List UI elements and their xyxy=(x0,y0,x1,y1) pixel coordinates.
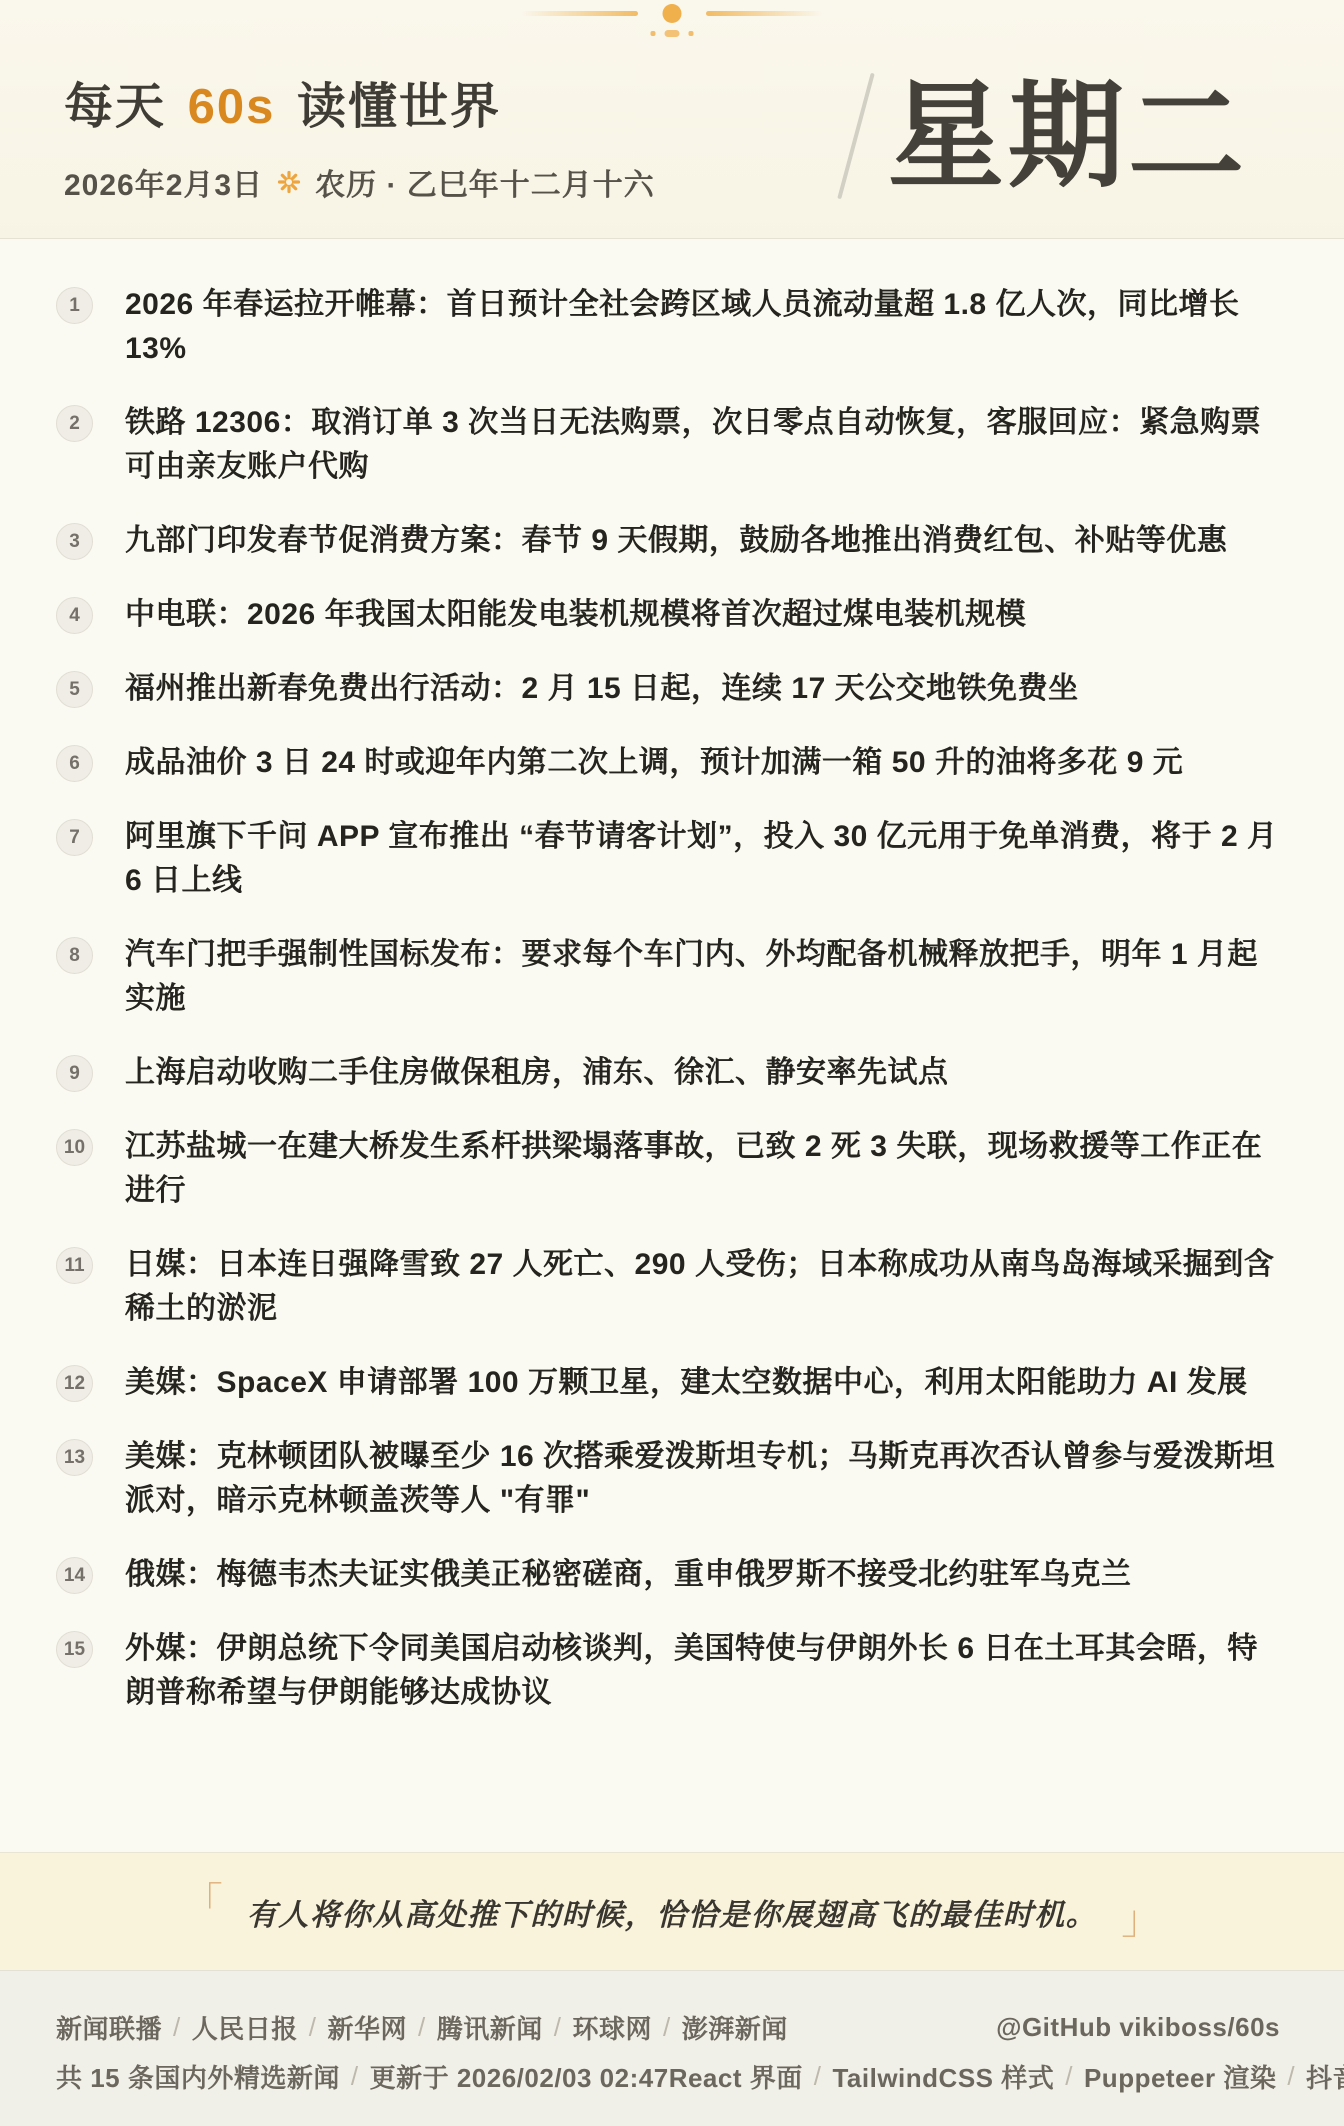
news-item-text: 日媒：日本连日强降雪致 27 人死亡、290 人受伤；日本称成功从南鸟岛海域采掘… xyxy=(125,1243,1288,1331)
gregorian-date: 2026年2月3日 xyxy=(64,160,263,204)
quote-close-bracket-icon: 」 xyxy=(1121,1900,1161,1940)
slash-separator: / xyxy=(803,2061,833,2092)
list-item: 人民日报 xyxy=(192,2009,298,2046)
header-right: 星期二 xyxy=(854,51,1248,221)
slash-separator: / xyxy=(407,2012,437,2043)
slash-separator: / xyxy=(298,2012,328,2043)
news-item-text: 铁路 12306：取消订单 3 次当日无法购票，次日零点自动恢复，客服回应：紧急… xyxy=(125,401,1288,489)
news-item: 11日媒：日本连日强降雪致 27 人死亡、290 人受伤；日本称成功从南鸟岛海域… xyxy=(56,1243,1288,1331)
title-suffix: 读懂世界 xyxy=(297,80,501,134)
news-item: 10江苏盐城一在建大桥发生系杆拱梁塌落事故，已致 2 死 3 失联，现场救援等工… xyxy=(56,1125,1288,1213)
list-item: 新华网 xyxy=(328,2009,408,2046)
news-item: 2铁路 12306：取消订单 3 次当日无法购票，次日零点自动恢复，客服回应：紧… xyxy=(56,401,1288,489)
list-item: 澎湃新闻 xyxy=(682,2009,788,2046)
footer-row-1: 新闻联播/人民日报/新华网/腾讯新闻/环球网/澎湃新闻 @GitHub viki… xyxy=(56,2009,1280,2046)
news-item: 13美媒：克林顿团队被曝至少 16 次搭乘爱泼斯坦专机；马斯克再次否认曾参与爱泼… xyxy=(56,1435,1288,1523)
slash-separator: / xyxy=(162,2012,192,2043)
item-number-badge: 8 xyxy=(56,937,93,974)
news-item-text: 中电联：2026 年我国太阳能发电装机规模将首次超过煤电装机规模 xyxy=(125,593,1026,637)
list-item: 腾讯新闻 xyxy=(437,2009,543,2046)
news-item-text: 外媒：伊朗总统下令同美国启动核谈判，美国特使与伊朗外长 6 日在土耳其会晤，特朗… xyxy=(125,1627,1288,1715)
slash-separator: / xyxy=(652,2012,682,2043)
slash-separator: / xyxy=(543,2012,573,2043)
quote-open-bracket-icon: 「 xyxy=(183,1883,223,1923)
github-handle: @GitHub vikiboss/60s xyxy=(996,2012,1280,2043)
list-item: 抖音美好体 xyxy=(1306,2058,1344,2095)
date-row: 2026年2月3日 农历 · 乙巳年十二月十六 xyxy=(64,160,655,204)
header: 每天 60s 读懂世界 2026年2月3日 xyxy=(0,0,1344,239)
news-item: 7阿里旗下千问 APP 宣布推出 “春节请客计划”，投入 30 亿元用于免单消费… xyxy=(56,815,1288,903)
news-item-text: 福州推出新春免费出行活动：2 月 15 日起，连续 17 天公交地铁免费坐 xyxy=(125,667,1079,711)
slash-separator: / xyxy=(340,2061,370,2092)
news-sources-list: 新闻联播/人民日报/新华网/腾讯新闻/环球网/澎湃新闻 xyxy=(56,2009,788,2046)
slash-divider xyxy=(837,73,875,200)
list-item: 共 15 条国内外精选新闻 xyxy=(56,2058,340,2095)
footer: 新闻联播/人民日报/新华网/腾讯新闻/环球网/澎湃新闻 @GitHub viki… xyxy=(0,1970,1344,2126)
page-title: 每天 60s 读懂世界 xyxy=(64,68,655,138)
quote-text: 有人将你从高处推下的时候，恰恰是你展翅高飞的最佳时机。 xyxy=(247,1890,1098,1934)
update-meta-list: 共 15 条国内外精选新闻/更新于 2026/02/03 02:47 xyxy=(56,2058,669,2095)
news-list: 12026 年春运拉开帷幕：首日预计全社会跨区域人员流动量超 1.8 亿人次，同… xyxy=(0,239,1344,1852)
news-item-text: 阿里旗下千问 APP 宣布推出 “春节请客计划”，投入 30 亿元用于免单消费，… xyxy=(125,815,1288,903)
news-item: 6成品油价 3 日 24 时或迎年内第二次上调，预计加满一箱 50 升的油将多花… xyxy=(56,741,1288,785)
list-item: 新闻联播 xyxy=(56,2009,162,2046)
news-item: 8汽车门把手强制性国标发布：要求每个车门内、外均配备机械释放把手，明年 1 月起… xyxy=(56,933,1288,1021)
footer-row-2: 共 15 条国内外精选新闻/更新于 2026/02/03 02:47 React… xyxy=(56,2058,1280,2095)
news-item: 12美媒：SpaceX 申请部署 100 万颗卫星，建太空数据中心，利用太阳能助… xyxy=(56,1361,1288,1405)
news-item-text: 美媒：克林顿团队被曝至少 16 次搭乘爱泼斯坦专机；马斯克再次否认曾参与爱泼斯坦… xyxy=(125,1435,1288,1523)
dot-icon xyxy=(651,31,656,36)
item-number-badge: 11 xyxy=(56,1247,93,1284)
asterisk-flower-icon xyxy=(277,170,301,194)
list-item: 更新于 2026/02/03 02:47 xyxy=(370,2058,669,2095)
news-item: 5福州推出新春免费出行活动：2 月 15 日起，连续 17 天公交地铁免费坐 xyxy=(56,667,1288,711)
news-card: 每天 60s 读懂世界 2026年2月3日 xyxy=(0,0,1344,2126)
title-highlight-60s: 60s xyxy=(182,80,282,134)
header-left: 每天 60s 读懂世界 2026年2月3日 xyxy=(64,68,655,204)
sun-circle-icon xyxy=(663,4,682,23)
item-number-badge: 1 xyxy=(56,287,93,324)
item-number-badge: 10 xyxy=(56,1129,93,1166)
item-number-badge: 6 xyxy=(56,745,93,782)
news-item: 14俄媒：梅德韦杰夫证实俄美正秘密磋商，重申俄罗斯不接受北约驻军乌克兰 xyxy=(56,1553,1288,1597)
news-item-text: 2026 年春运拉开帷幕：首日预计全社会跨区域人员流动量超 1.8 亿人次，同比… xyxy=(125,283,1288,371)
weekday-label: 星期二 xyxy=(888,78,1248,194)
news-item: 9上海启动收购二手住房做保租房，浦东、徐汇、静安率先试点 xyxy=(56,1051,1288,1095)
ornament-dots xyxy=(651,30,694,37)
quote-section: 「 有人将你从高处推下的时候，恰恰是你展翅高飞的最佳时机。 」 xyxy=(0,1852,1344,1970)
ornament-line-right-icon xyxy=(706,11,822,16)
item-number-badge: 9 xyxy=(56,1055,93,1092)
news-item: 15外媒：伊朗总统下令同美国启动核谈判，美国特使与伊朗外长 6 日在土耳其会晤，… xyxy=(56,1627,1288,1715)
dot-icon xyxy=(689,31,694,36)
item-number-badge: 15 xyxy=(56,1631,93,1668)
item-number-badge: 12 xyxy=(56,1365,93,1402)
item-number-badge: 14 xyxy=(56,1557,93,1594)
slash-separator: / xyxy=(1054,2061,1084,2092)
list-item: 环球网 xyxy=(573,2009,653,2046)
list-item: TailwindCSS 样式 xyxy=(832,2058,1054,2095)
title-prefix: 每天 xyxy=(64,80,166,134)
item-number-badge: 5 xyxy=(56,671,93,708)
item-number-badge: 4 xyxy=(56,597,93,634)
item-number-badge: 3 xyxy=(56,523,93,560)
ornament-line-left-icon xyxy=(522,11,638,16)
news-item-text: 江苏盐城一在建大桥发生系杆拱梁塌落事故，已致 2 死 3 失联，现场救援等工作正… xyxy=(125,1125,1288,1213)
lunar-date: 农历 · 乙巳年十二月十六 xyxy=(315,160,655,204)
news-item-text: 俄媒：梅德韦杰夫证实俄美正秘密磋商，重申俄罗斯不接受北约驻军乌克兰 xyxy=(125,1553,1132,1597)
news-item-text: 上海启动收购二手住房做保租房，浦东、徐汇、静安率先试点 xyxy=(125,1051,949,1095)
header-ornament xyxy=(522,0,822,44)
item-number-badge: 13 xyxy=(56,1439,93,1476)
list-item: React 界面 xyxy=(669,2058,803,2095)
news-item: 3九部门印发春节促消费方案：春节 9 天假期，鼓励各地推出消费红包、补贴等优惠 xyxy=(56,519,1288,563)
news-item: 12026 年春运拉开帷幕：首日预计全社会跨区域人员流动量超 1.8 亿人次，同… xyxy=(56,283,1288,371)
tech-stack-list: React 界面/TailwindCSS 样式/Puppeteer 渲染/抖音美… xyxy=(669,2058,1344,2095)
list-item: Puppeteer 渲染 xyxy=(1084,2058,1276,2095)
news-item: 4中电联：2026 年我国太阳能发电装机规模将首次超过煤电装机规模 xyxy=(56,593,1288,637)
news-item-text: 成品油价 3 日 24 时或迎年内第二次上调，预计加满一箱 50 升的油将多花 … xyxy=(125,741,1183,785)
news-item-text: 汽车门把手强制性国标发布：要求每个车门内、外均配备机械释放把手，明年 1 月起实… xyxy=(125,933,1288,1021)
news-item-text: 九部门印发春节促消费方案：春节 9 天假期，鼓励各地推出消费红包、补贴等优惠 xyxy=(125,519,1227,563)
news-item-text: 美媒：SpaceX 申请部署 100 万颗卫星，建太空数据中心，利用太阳能助力 … xyxy=(125,1361,1248,1405)
item-number-badge: 2 xyxy=(56,405,93,442)
slash-separator: / xyxy=(1276,2061,1306,2092)
dash-icon xyxy=(665,30,680,37)
item-number-badge: 7 xyxy=(56,819,93,856)
